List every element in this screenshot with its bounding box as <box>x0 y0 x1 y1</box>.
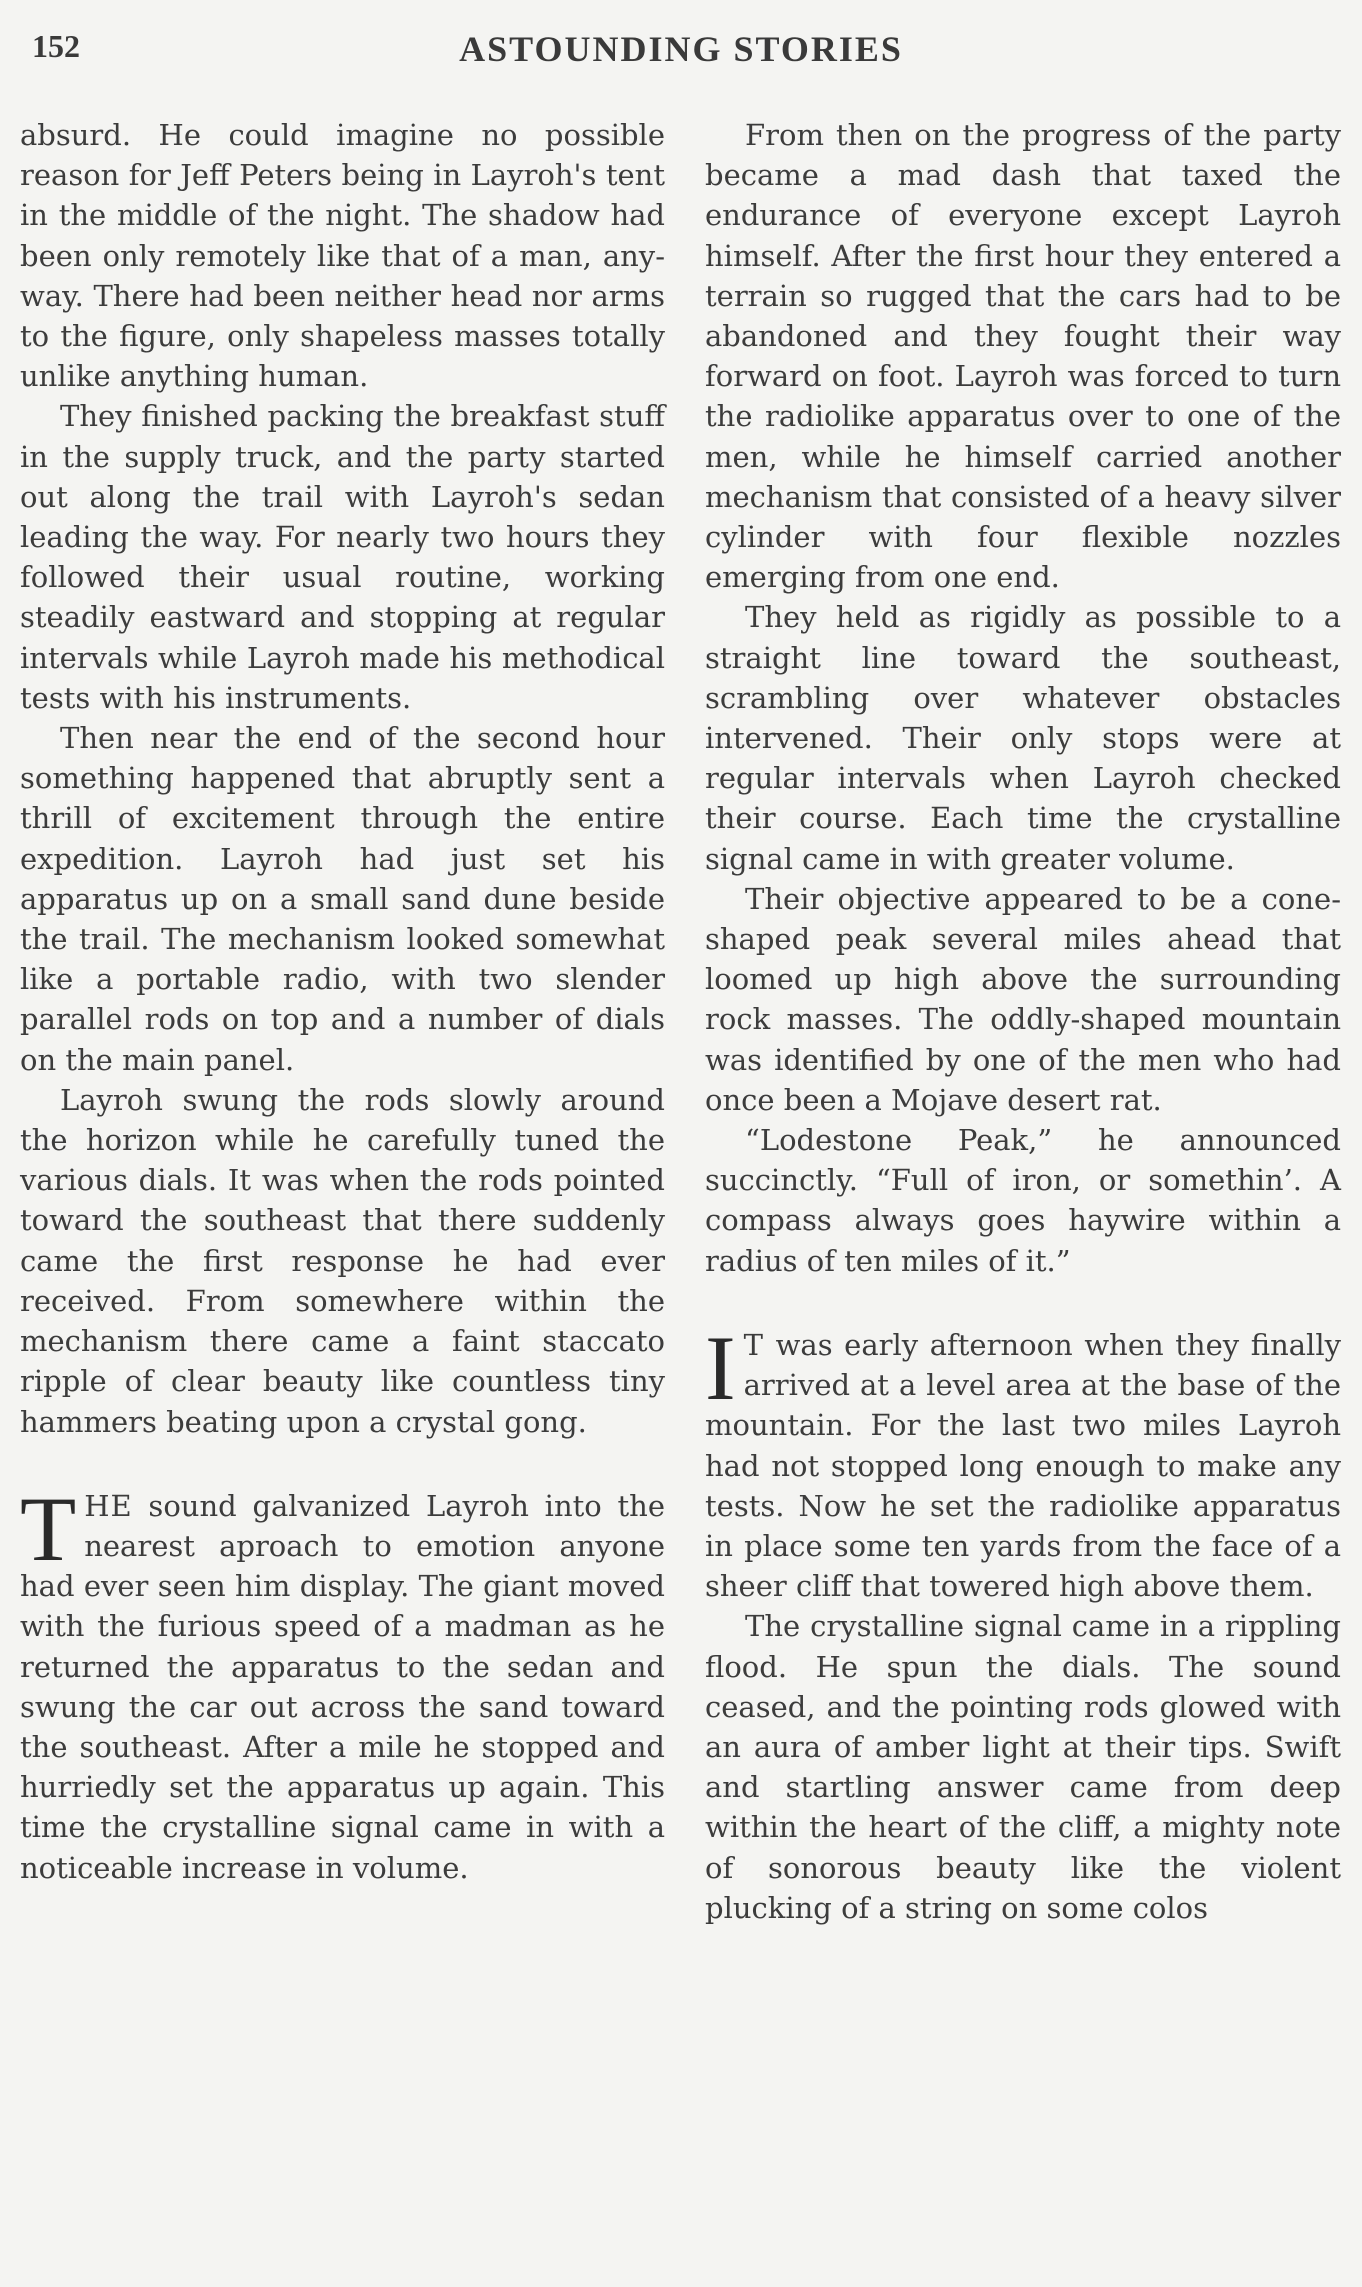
running-head: 152 ASTOUNDING STORIES <box>22 28 1340 72</box>
drop-cap: I <box>705 1331 736 1405</box>
section-break <box>705 1281 1341 1325</box>
paragraph: The crystalline signal came in a ripplin… <box>705 1606 1341 1928</box>
paragraph: “Lodestone Peak,” he announced succinctl… <box>705 1120 1341 1281</box>
right-column: From then on the progress of the party b… <box>705 115 1341 1928</box>
paragraph: Layroh swung the rods slowly around the … <box>20 1080 665 1442</box>
lead-caps: T <box>744 1328 764 1362</box>
section-opening-paragraph: IT was early afternoon when they finally… <box>705 1325 1341 1606</box>
lead-caps: HE <box>84 1489 132 1523</box>
magazine-page: 152 ASTOUNDING STORIES absurd. He could … <box>0 0 1362 2287</box>
section-opening-paragraph: THE sound galvanized Layroh into the nea… <box>20 1486 665 1888</box>
paragraph: They held as rigidly as possible to a st… <box>705 597 1341 878</box>
paragraph: absurd. He could imagine no pos­sible re… <box>20 115 665 396</box>
paragraph-text: was early afternoon when they finally ar… <box>705 1328 1341 1603</box>
paragraph: Then near the end of the second hour som… <box>20 718 665 1080</box>
drop-cap: T <box>20 1492 76 1566</box>
magazine-title: ASTOUNDING STORIES <box>22 28 1340 70</box>
paragraph: They finished packing the break­fast stu… <box>20 396 665 718</box>
paragraph: From then on the progress of the party b… <box>705 115 1341 597</box>
section-break <box>20 1442 665 1486</box>
paragraph-text: sound galvanized Layroh into the nearest… <box>20 1489 665 1885</box>
paragraph: Their objective appeared to be a cone-sh… <box>705 879 1341 1120</box>
left-column: absurd. He could imagine no pos­sible re… <box>20 115 665 1888</box>
